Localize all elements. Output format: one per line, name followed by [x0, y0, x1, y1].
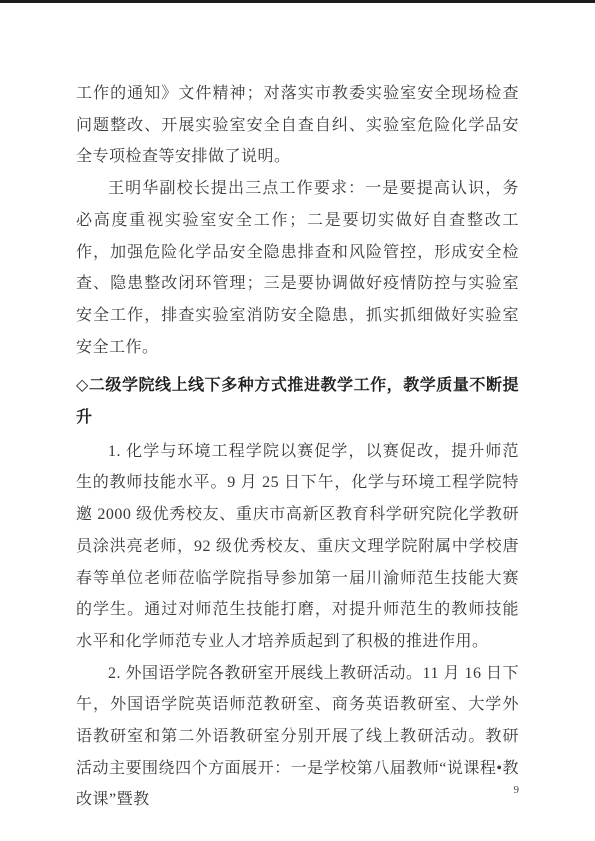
page-number: 9: [0, 783, 519, 797]
document-page: 工作的通知》文件精神；对落实市教委实验室安全现场检查问题整改、开展实验室安全自查…: [76, 78, 519, 816]
paragraph-vice-president-requirements: 王明华副校长提出三点工作要求：一是要提高认识，务必高度重视实验室安全工作；二是要…: [76, 173, 519, 363]
window-top-border: [0, 0, 595, 3]
section-heading-teaching-quality: ◇二级学院线上线下多种方式推进教学工作，教学质量不断提升: [76, 370, 519, 433]
paragraph-lab-safety-continuation: 工作的通知》文件精神；对落实市教委实验室安全现场检查问题整改、开展实验室安全自查…: [76, 78, 519, 173]
document-viewport: { "document": { "paragraphs": [ { "type"…: [0, 0, 595, 841]
paragraph-chemistry-college-item-1: 1. 化学与环境工程学院以赛促学，以赛促改，提升师范生的教师技能水平。9 月 2…: [76, 436, 519, 658]
